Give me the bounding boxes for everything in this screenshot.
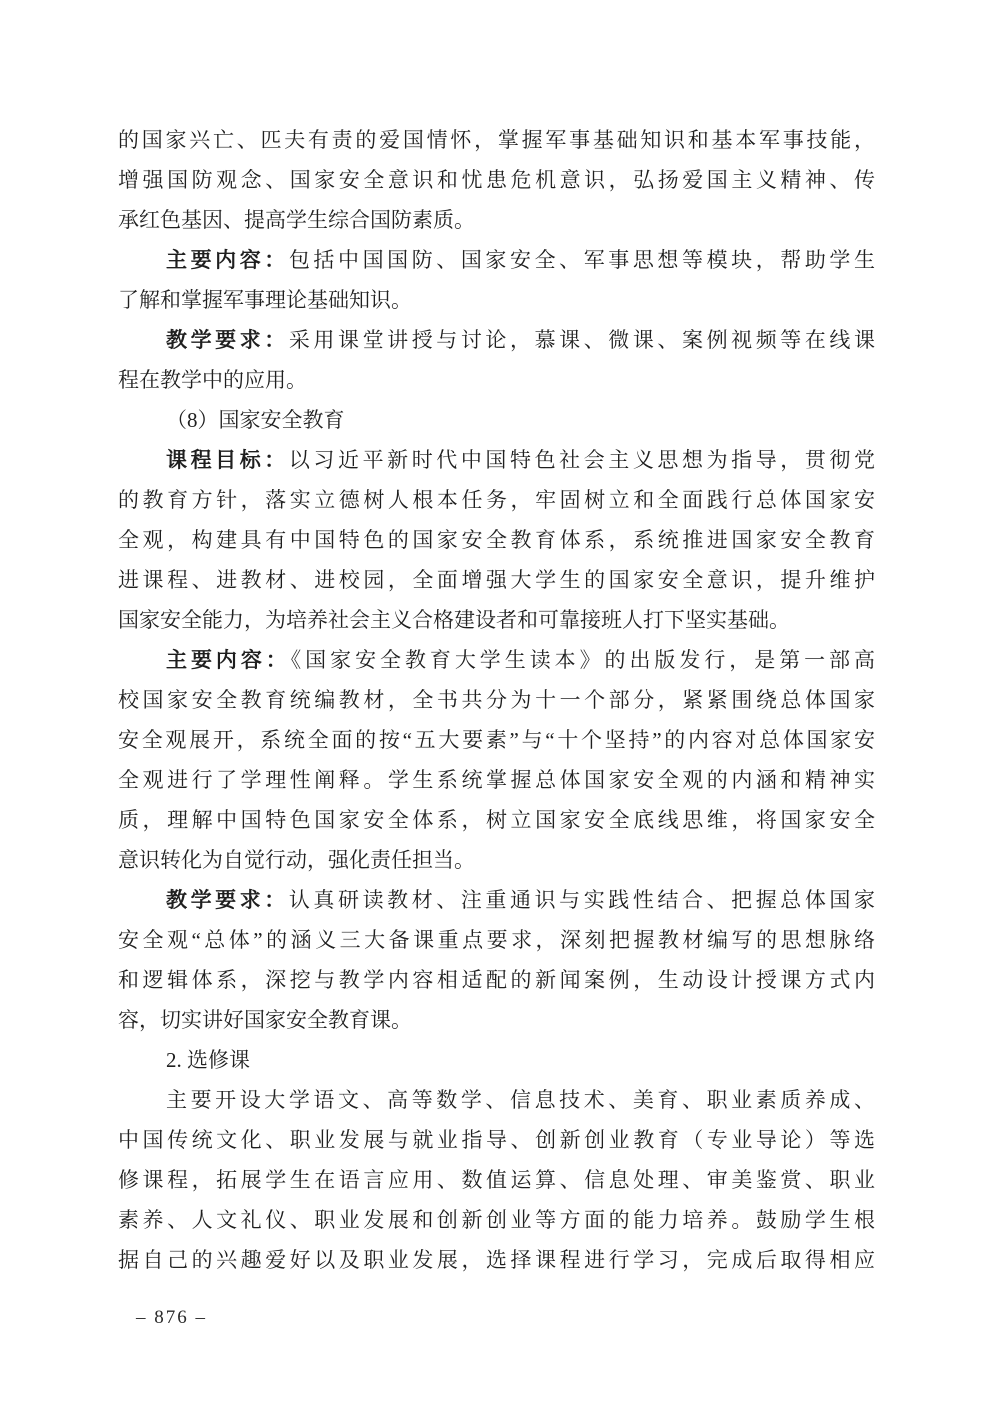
page-number: – 876 – <box>136 1306 207 1330</box>
text-line: 国家安全能力，为培养社会主义合格建设者和可靠接班人打下坚实基础。 <box>118 600 875 640</box>
text-line: 主要开设大学语文、高等数学、信息技术、美育、职业素质养成、 <box>118 1080 875 1120</box>
text-line: 的国家兴亡、匹夫有责的爱国情怀，掌握军事基础知识和基本军事技能， <box>118 120 875 160</box>
text-line: 质，理解中国特色国家安全体系，树立国家安全底线思维，将国家安全 <box>118 800 875 840</box>
document-body: 的国家兴亡、匹夫有责的爱国情怀，掌握军事基础知识和基本军事技能，增强国防观念、国… <box>118 120 875 1280</box>
text-line: 安全观“总体”的涵义三大备课重点要求，深刻把握教材编写的思想脉络 <box>118 920 875 960</box>
text-line: 中国传统文化、职业发展与就业指导、创新创业教育（专业导论）等选 <box>118 1120 875 1160</box>
text-line: 校国家安全教育统编教材，全书共分为十一个部分，紧紧围绕总体国家 <box>118 680 875 720</box>
text-line: 教学要求：采用课堂讲授与讨论，慕课、微课、案例视频等在线课 <box>118 320 875 360</box>
text-line: 程在教学中的应用。 <box>118 360 875 400</box>
text-line: 全观，构建具有中国特色的国家安全教育体系，系统推进国家安全教育 <box>118 520 875 560</box>
text-line: 主要内容：《国家安全教育大学生读本》的出版发行，是第一部高 <box>118 640 875 680</box>
text-line: 素养、人文礼仪、职业发展和创新创业等方面的能力培养。鼓励学生根 <box>118 1200 875 1240</box>
text-line: 了解和掌握军事理论基础知识。 <box>118 280 875 320</box>
text-line: 全观进行了学理性阐释。学生系统掌握总体国家安全观的内涵和精神实 <box>118 760 875 800</box>
text-line: 课程目标：以习近平新时代中国特色社会主义思想为指导，贯彻党 <box>118 440 875 480</box>
text-line: 意识转化为自觉行动，强化责任担当。 <box>118 840 875 880</box>
text-line: 教学要求：认真研读教材、注重通识与实践性结合、把握总体国家 <box>118 880 875 920</box>
text-line: 容，切实讲好国家安全教育课。 <box>118 1000 875 1040</box>
text-line: 增强国防观念、国家安全意识和忧患危机意识，弘扬爱国主义精神、传 <box>118 160 875 200</box>
text-line: 承红色基因、提高学生综合国防素质。 <box>118 200 875 240</box>
paragraph-label: 主要内容： <box>166 649 291 672</box>
text-line: 和逻辑体系，深挖与教学内容相适配的新闻案例，生动设计授课方式内 <box>118 960 875 1000</box>
text-line: 2. 选修课 <box>118 1040 875 1080</box>
paragraph-label: 主要内容： <box>166 249 289 272</box>
paragraph-label: 教学要求： <box>166 329 289 352</box>
text-line: （8）国家安全教育 <box>118 400 875 440</box>
text-line: 据自己的兴趣爱好以及职业发展，选择课程进行学习，完成后取得相应 <box>118 1240 875 1280</box>
paragraph-label: 教学要求： <box>166 889 289 912</box>
text-line: 的教育方针，落实立德树人根本任务，牢固树立和全面践行总体国家安 <box>118 480 875 520</box>
paragraph-label: 课程目标： <box>166 449 289 472</box>
document-page: 的国家兴亡、匹夫有责的爱国情怀，掌握军事基础知识和基本军事技能，增强国防观念、国… <box>0 0 1000 1414</box>
text-line: 安全观展开，系统全面的按“五大要素”与“十个坚持”的内容对总体国家安 <box>118 720 875 760</box>
text-line: 主要内容：包括中国国防、国家安全、军事思想等模块，帮助学生 <box>118 240 875 280</box>
text-line: 进课程、进教材、进校园，全面增强大学生的国家安全意识，提升维护 <box>118 560 875 600</box>
text-line: 修课程，拓展学生在语言应用、数值运算、信息处理、审美鉴赏、职业 <box>118 1160 875 1200</box>
